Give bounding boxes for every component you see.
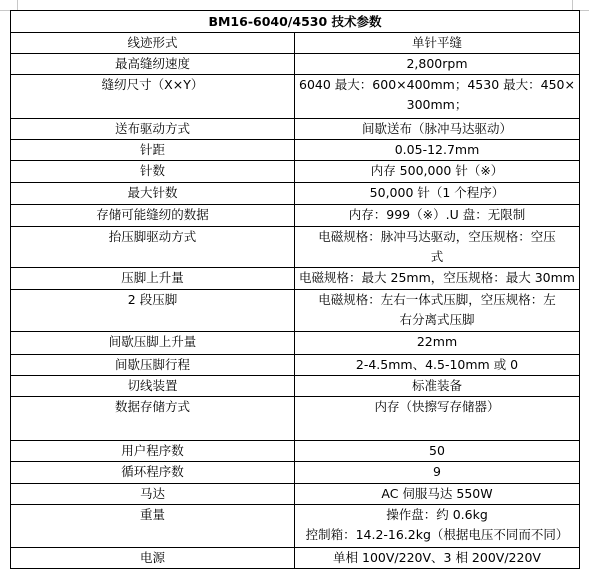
- param-label: 针数: [11, 161, 295, 183]
- param-value-line: 50: [297, 441, 577, 461]
- param-label: 送布驱动方式: [11, 119, 295, 140]
- param-value-line: 电磁规格：左右一体式压脚，空压规格：左: [297, 290, 577, 310]
- param-value-line: 6040 最大：600×400mm；4530 最大：450×: [297, 75, 577, 95]
- param-value-line: 2-4.5mm、4.5-10mm 或 0: [297, 355, 577, 375]
- param-value: 电磁规格：脉冲马达驱动，空压规格：空压式: [295, 227, 580, 268]
- param-value: 电磁规格：最大 25mm，空压规格：最大 30mm: [295, 268, 580, 290]
- param-value: 22mm: [295, 332, 580, 355]
- param-label: 存储可能缝纫的数据: [11, 205, 295, 227]
- param-value-line: 50,000 针（1 个程序）: [297, 183, 577, 203]
- param-label: 压脚上升量: [11, 268, 295, 290]
- param-value: 内存（快擦写存储器）: [295, 397, 580, 441]
- table-row: 间歇压脚上升量22mm: [11, 332, 580, 355]
- table-row: 2 段压脚电磁规格：左右一体式压脚，空压规格：左右分离式压脚: [11, 290, 580, 332]
- param-value-line: 电磁规格：脉冲马达驱动，空压规格：空压: [297, 227, 577, 247]
- table-row: 最高缝纫速度2,800rpm: [11, 54, 580, 75]
- param-value: 单针平缝: [295, 33, 580, 54]
- param-label: 缝纫尺寸（X×Y）: [11, 75, 295, 119]
- param-value-line: 内存（快擦写存储器）: [297, 397, 577, 417]
- table-row: 最大针数50,000 针（1 个程序）: [11, 183, 580, 205]
- param-label: 抬压脚驱动方式: [11, 227, 295, 268]
- param-value-line: AC 伺服马达 550W: [297, 484, 577, 504]
- param-label: 数据存储方式: [11, 397, 295, 441]
- param-value-line: 9: [297, 462, 577, 482]
- param-value-line: 内存 500,000 针（※）: [297, 161, 577, 181]
- crop-mark-right-h: [579, 10, 589, 11]
- param-label: 马达: [11, 484, 295, 505]
- title-row: BM16-6040/4530 技术参数: [11, 11, 580, 33]
- param-label: 用户程序数: [11, 441, 295, 462]
- table-title: BM16-6040/4530 技术参数: [11, 11, 580, 33]
- param-value-line: 2,800rpm: [297, 54, 577, 74]
- crop-mark-left: [17, 0, 18, 10]
- param-label: 循环程序数: [11, 462, 295, 484]
- param-label: 2 段压脚: [11, 290, 295, 332]
- param-value: 电磁规格：左右一体式压脚，空压规格：左右分离式压脚: [295, 290, 580, 332]
- spec-table: BM16-6040/4530 技术参数 线迹形式单针平缝最高缝纫速度2,800r…: [10, 10, 580, 569]
- param-value-line: 操作盘：约 0.6kg: [297, 505, 577, 525]
- param-value: 9: [295, 462, 580, 484]
- param-value-line: 右分离式压脚: [297, 310, 577, 330]
- table-row: 针数内存 500,000 针（※）: [11, 161, 580, 183]
- param-label: 电源: [11, 548, 295, 569]
- param-value: 操作盘：约 0.6kg控制箱：14.2-16.2kg（根据电压不同而不同）: [295, 505, 580, 548]
- param-value-line: 单针平缝: [297, 33, 577, 53]
- param-value: 内存 500,000 针（※）: [295, 161, 580, 183]
- param-value-line: 0.05-12.7mm: [297, 140, 577, 160]
- param-value: 标准装备: [295, 376, 580, 397]
- table-row: 循环程序数9: [11, 462, 580, 484]
- param-value: 0.05-12.7mm: [295, 140, 580, 161]
- param-value-line: 控制箱：14.2-16.2kg（根据电压不同而不同）: [297, 525, 577, 545]
- table-row: 抬压脚驱动方式电磁规格：脉冲马达驱动，空压规格：空压式: [11, 227, 580, 268]
- param-value: AC 伺服马达 550W: [295, 484, 580, 505]
- table-row: 切线装置标准装备: [11, 376, 580, 397]
- param-value: 6040 最大：600×400mm；4530 最大：450×300mm；: [295, 75, 580, 119]
- param-value-line: 间歇送布（脉冲马达驱动）: [297, 119, 577, 139]
- table-row: 存储可能缝纫的数据内存：999（※）.U 盘：无限制: [11, 205, 580, 227]
- param-label: 最大针数: [11, 183, 295, 205]
- param-value-line: 单相 100V/220V、3 相 200V/220V: [297, 548, 577, 568]
- param-value-line: 标准装备: [297, 376, 577, 396]
- param-value-line: 式: [297, 247, 577, 267]
- param-value-line: 300mm；: [297, 95, 577, 115]
- param-value: 2-4.5mm、4.5-10mm 或 0: [295, 355, 580, 376]
- table-row: 缝纫尺寸（X×Y）6040 最大：600×400mm；4530 最大：450×3…: [11, 75, 580, 119]
- param-label: 重量: [11, 505, 295, 548]
- param-label: 线迹形式: [11, 33, 295, 54]
- param-value: 50: [295, 441, 580, 462]
- table-row: 针距0.05-12.7mm: [11, 140, 580, 161]
- table-row: 电源单相 100V/220V、3 相 200V/220V: [11, 548, 580, 569]
- param-value: 单相 100V/220V、3 相 200V/220V: [295, 548, 580, 569]
- spec-rows: 线迹形式单针平缝最高缝纫速度2,800rpm缝纫尺寸（X×Y）6040 最大：6…: [11, 33, 580, 569]
- param-value-line: 电磁规格：最大 25mm，空压规格：最大 30mm: [297, 268, 577, 288]
- table-row: 送布驱动方式间歇送布（脉冲马达驱动）: [11, 119, 580, 140]
- table-row: 重量操作盘：约 0.6kg控制箱：14.2-16.2kg（根据电压不同而不同）: [11, 505, 580, 548]
- param-value-line: 22mm: [297, 332, 577, 352]
- param-value: 内存：999（※）.U 盘：无限制: [295, 205, 580, 227]
- table-row: 用户程序数50: [11, 441, 580, 462]
- param-value: 50,000 针（1 个程序）: [295, 183, 580, 205]
- param-label: 切线装置: [11, 376, 295, 397]
- param-label: 最高缝纫速度: [11, 54, 295, 75]
- table-row: 数据存储方式内存（快擦写存储器）: [11, 397, 580, 441]
- param-label: 针距: [11, 140, 295, 161]
- param-label: 间歇压脚行程: [11, 355, 295, 376]
- crop-mark-right: [572, 0, 573, 10]
- param-label: 间歇压脚上升量: [11, 332, 295, 355]
- table-row: 线迹形式单针平缝: [11, 33, 580, 54]
- crop-mark-left-h: [0, 10, 10, 11]
- param-value: 间歇送布（脉冲马达驱动）: [295, 119, 580, 140]
- table-row: 间歇压脚行程2-4.5mm、4.5-10mm 或 0: [11, 355, 580, 376]
- table-row: 压脚上升量电磁规格：最大 25mm，空压规格：最大 30mm: [11, 268, 580, 290]
- table-row: 马达AC 伺服马达 550W: [11, 484, 580, 505]
- param-value: 2,800rpm: [295, 54, 580, 75]
- param-value-line: 内存：999（※）.U 盘：无限制: [297, 205, 577, 225]
